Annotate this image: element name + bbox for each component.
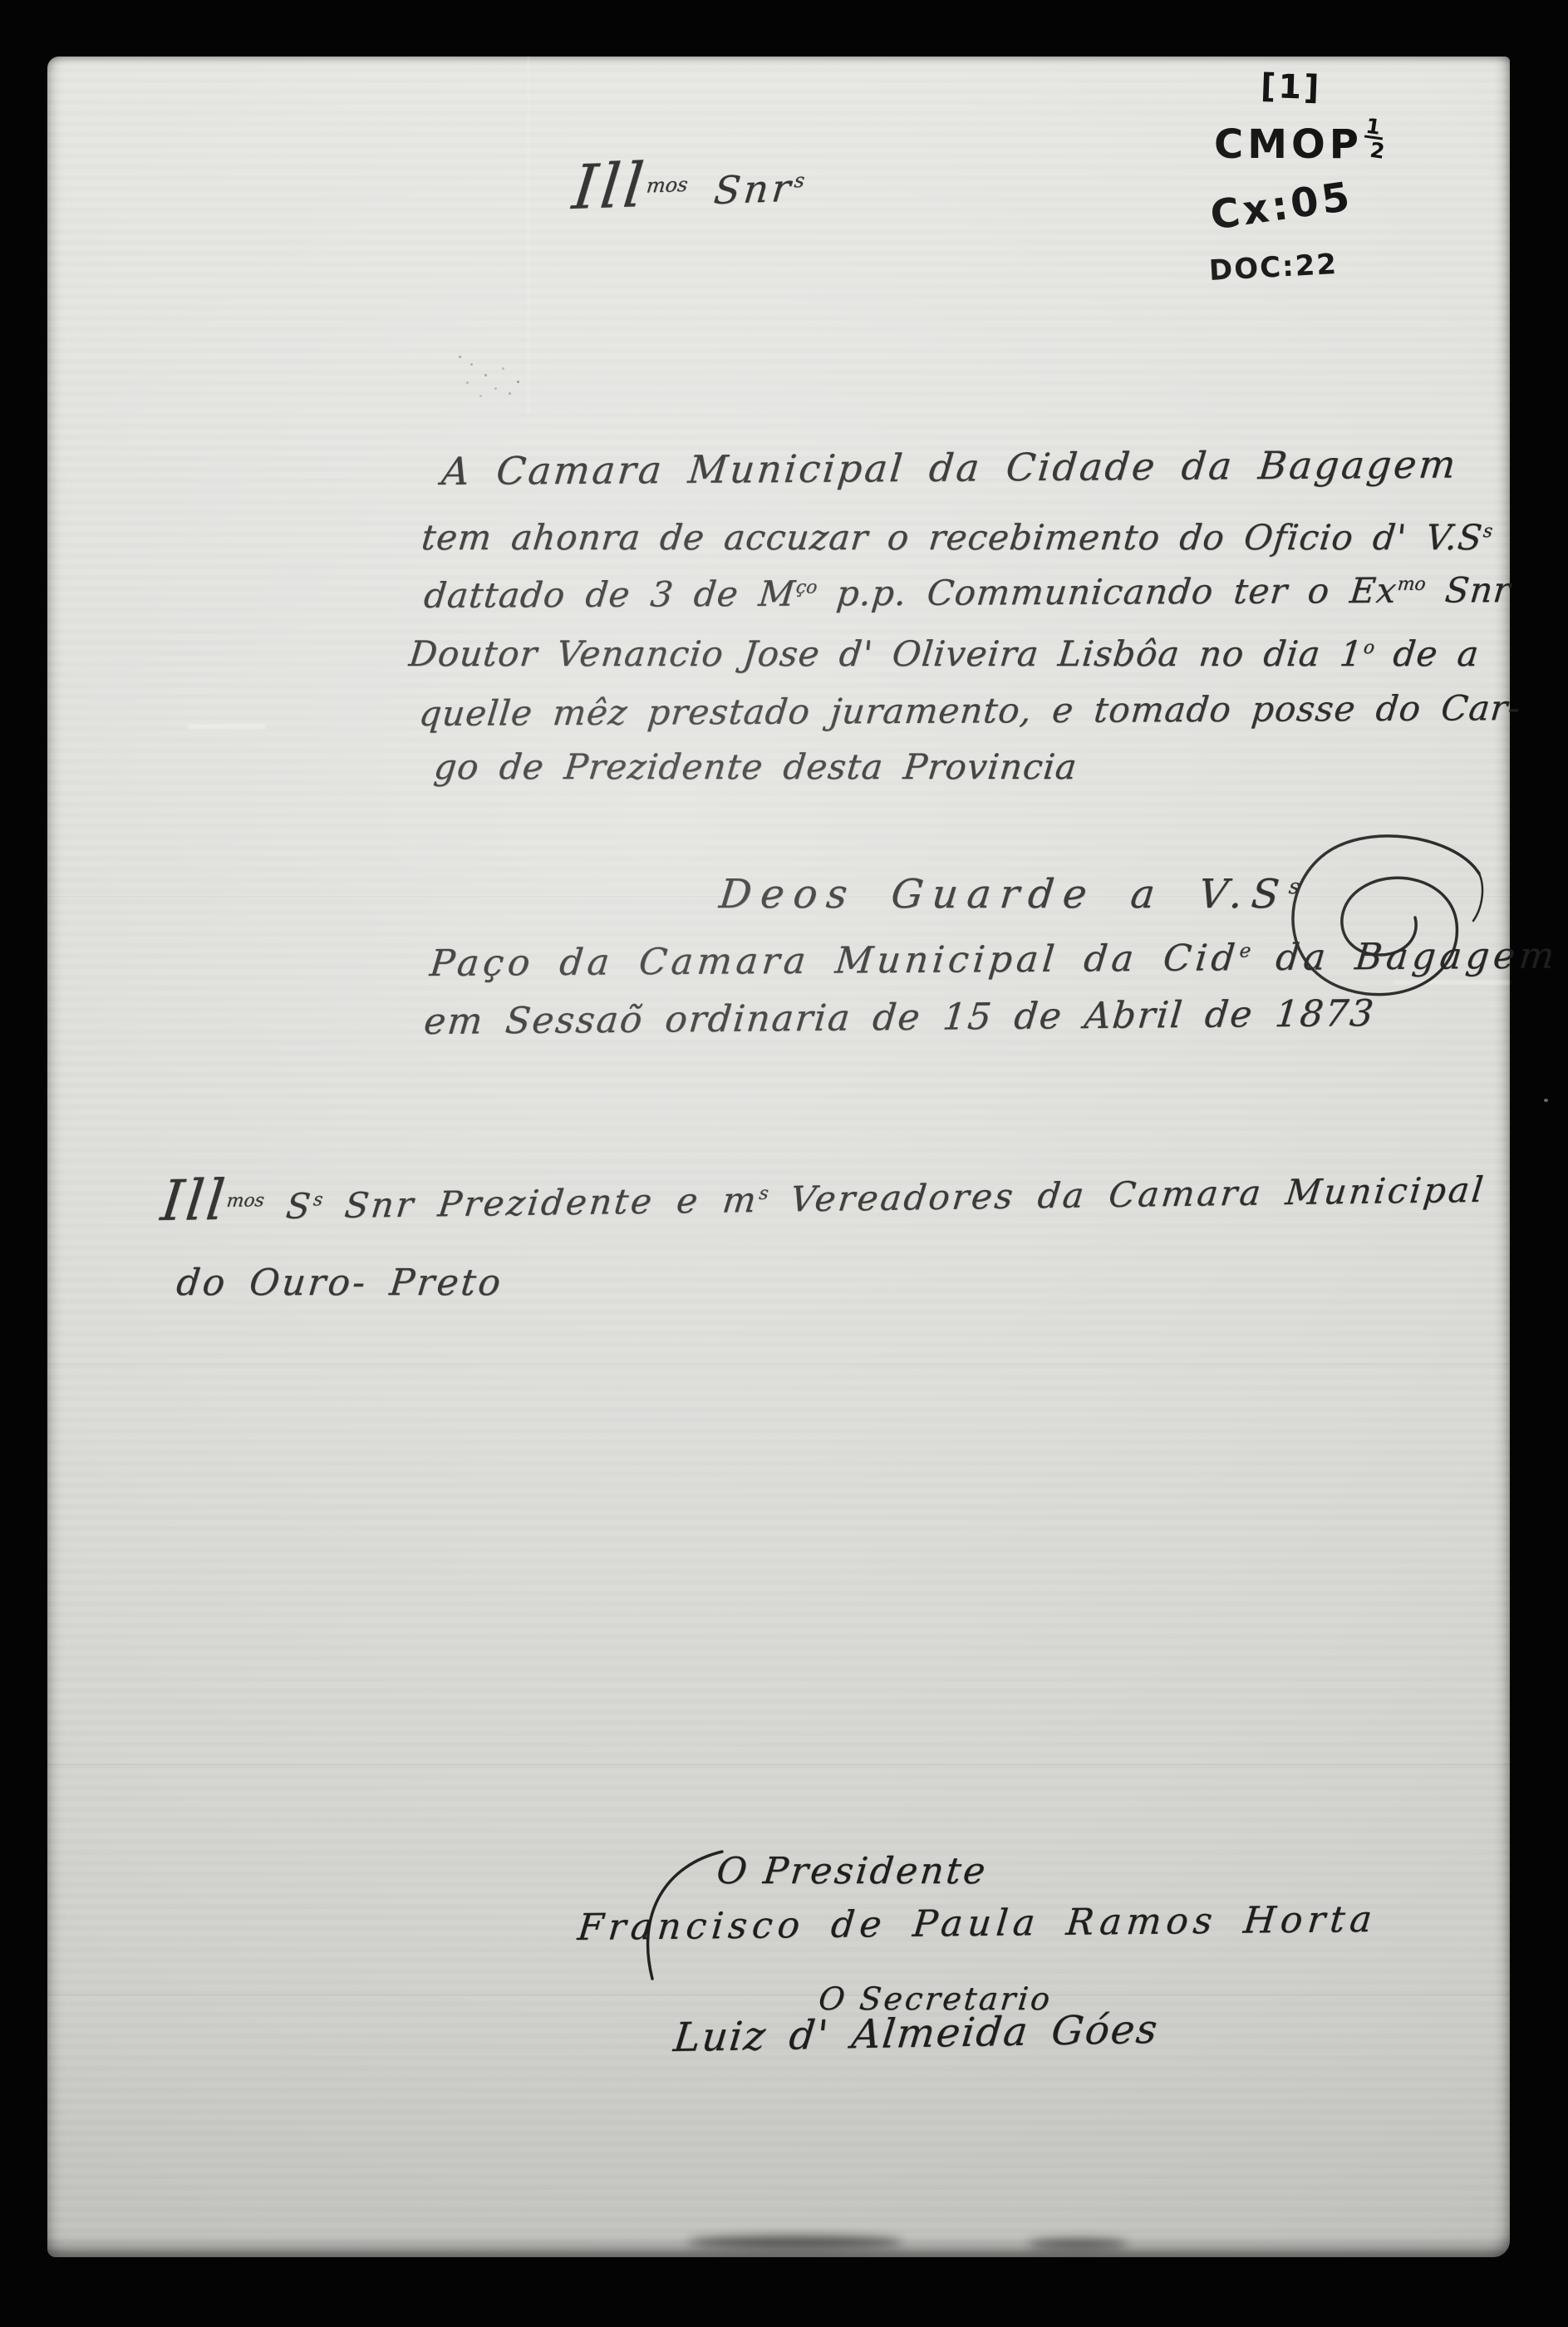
salutation-heading: Illmos Snrs [569, 145, 809, 224]
date-line: em Sessaõ ordinaria de 15 de Abril de 18… [422, 992, 1377, 1043]
collection-label: CMOP [1214, 121, 1363, 168]
archival-document-number: DOC:22 [1208, 248, 1339, 288]
body-line-3: dattado de 3 de Mço p.p. Communicando te… [422, 569, 1513, 616]
archival-collection-code: CMOP12 [1214, 121, 1383, 168]
paper-crease [47, 1363, 1510, 1365]
archival-page-number: [1] [1260, 67, 1322, 108]
addressee-line-2: do Ouro- Preto [174, 1262, 505, 1304]
document-page: [1] CMOP12 Cx:05 DOC:22 Illmos Snrs A Ca… [47, 57, 1510, 2257]
fraction-denominator: 2 [1369, 141, 1389, 161]
secretary-signature: Luiz d' Almeida Góes [671, 2006, 1161, 2061]
president-signature: Francisco de Paula Ramos Horta [576, 1898, 1379, 1949]
heading-initial: Ill [569, 150, 651, 224]
film-dust-speck [1544, 1099, 1548, 1102]
body-line-4: Doutor Venancio Jose d' Oliveira Lisbôa … [407, 633, 1481, 674]
ink-speckle [459, 356, 461, 358]
fraction-numerator: 1 [1364, 117, 1386, 140]
paper-fold-line [528, 57, 529, 414]
paper-crease [47, 1995, 1510, 1996]
addressee-initial: Ill [158, 1168, 230, 1233]
body-line-5: quelle mêz prestado juramento, e tomado … [417, 687, 1522, 734]
edge-smudge [1028, 2239, 1128, 2249]
valediction-line: Deos Guarde a V.Ss [717, 871, 1301, 918]
edge-smudge [687, 2236, 903, 2249]
addressee-line-1: Illmos Ss Snr Prezidente e ms Vereadores… [158, 1150, 1490, 1233]
place-line: Paço da Camara Municipal da Cide da Baga… [428, 935, 1561, 985]
collection-fraction: 12 [1362, 117, 1386, 158]
body-line-2: tem ahonra de accuzar o recebimento do O… [420, 517, 1494, 558]
body-line-1: A Camara Municipal da Cidade da Bagagem [440, 441, 1460, 494]
scan-streak [187, 725, 266, 729]
microfilm-scan-background: [1] CMOP12 Cx:05 DOC:22 Illmos Snrs A Ca… [0, 0, 1568, 2327]
paper-crease [47, 1764, 1510, 1765]
president-title: O Presidente [715, 1850, 990, 1892]
body-line-6: go de Prezidente desta Provincia [432, 746, 1079, 787]
archival-box-number: Cx:05 [1207, 173, 1355, 239]
